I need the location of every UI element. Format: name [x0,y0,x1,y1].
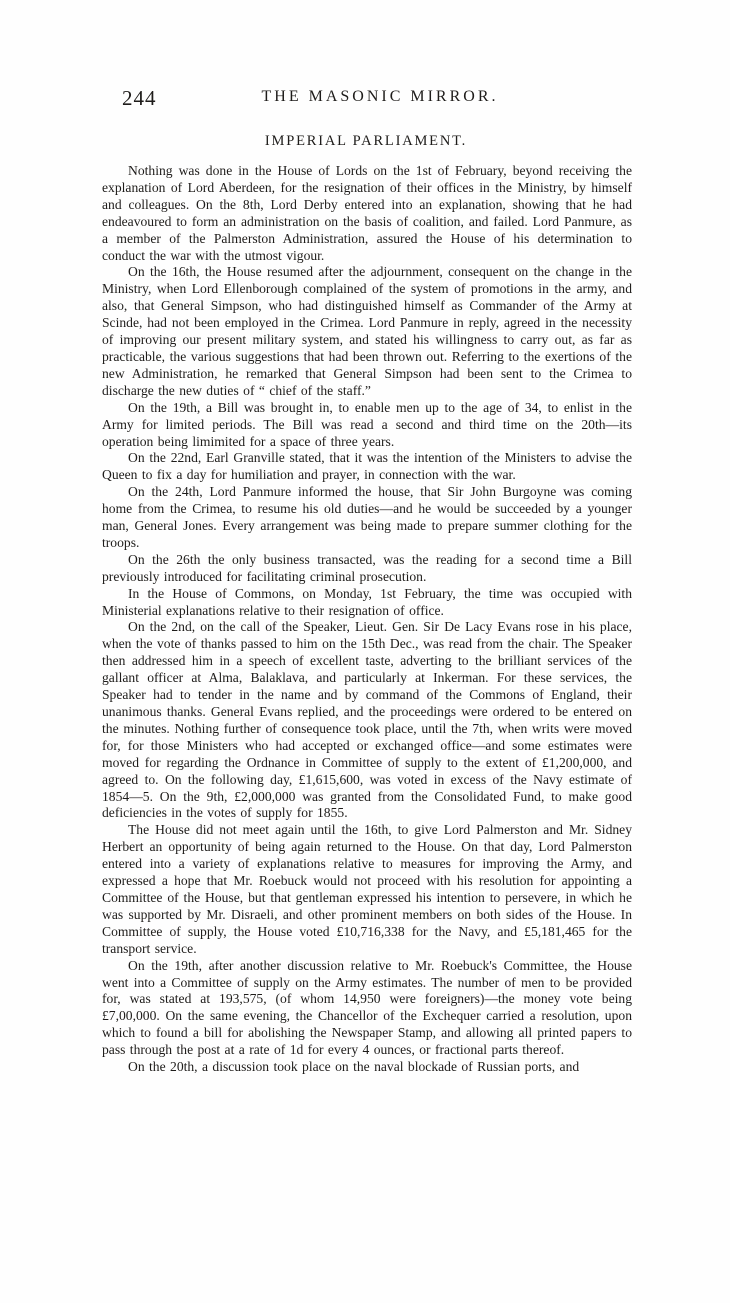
paragraph-commons-20th: On the 20th, a discussion took place on … [102,1059,632,1076]
paragraph-lords-26th: On the 26th the only business transacted… [102,552,632,586]
paragraph-lords-24th: On the 24th, Lord Panmure informed the h… [102,484,632,552]
journal-title: THE MASONIC MIRROR. [261,88,498,105]
paragraph-lords-22nd: On the 22nd, Earl Granville stated, that… [102,450,632,484]
paragraph-lords-1st-feb: Nothing was done in the House of Lords o… [102,163,632,264]
page-number: 244 [122,86,157,111]
page-header: 244 THE MASONIC MIRROR. [100,88,632,106]
paragraph-lords-19th: On the 19th, a Bill was brought in, to e… [102,400,632,451]
paragraph-commons-1st-feb: In the House of Commons, on Monday, 1st … [102,586,632,620]
paragraph-commons-19th: On the 19th, after another discussion re… [102,958,632,1059]
article-heading: IMPERIAL PARLIAMENT. [100,133,632,150]
article-body: Nothing was done in the House of Lords o… [102,163,632,1076]
scanned-page: 244 THE MASONIC MIRROR. IMPERIAL PARLIAM… [0,0,730,1303]
paragraph-lords-16th: On the 16th, the House resumed after the… [102,264,632,399]
paragraph-commons-2nd: On the 2nd, on the call of the Speaker, … [102,619,632,822]
paragraph-commons-16th: The House did not meet again until the 1… [102,822,632,957]
